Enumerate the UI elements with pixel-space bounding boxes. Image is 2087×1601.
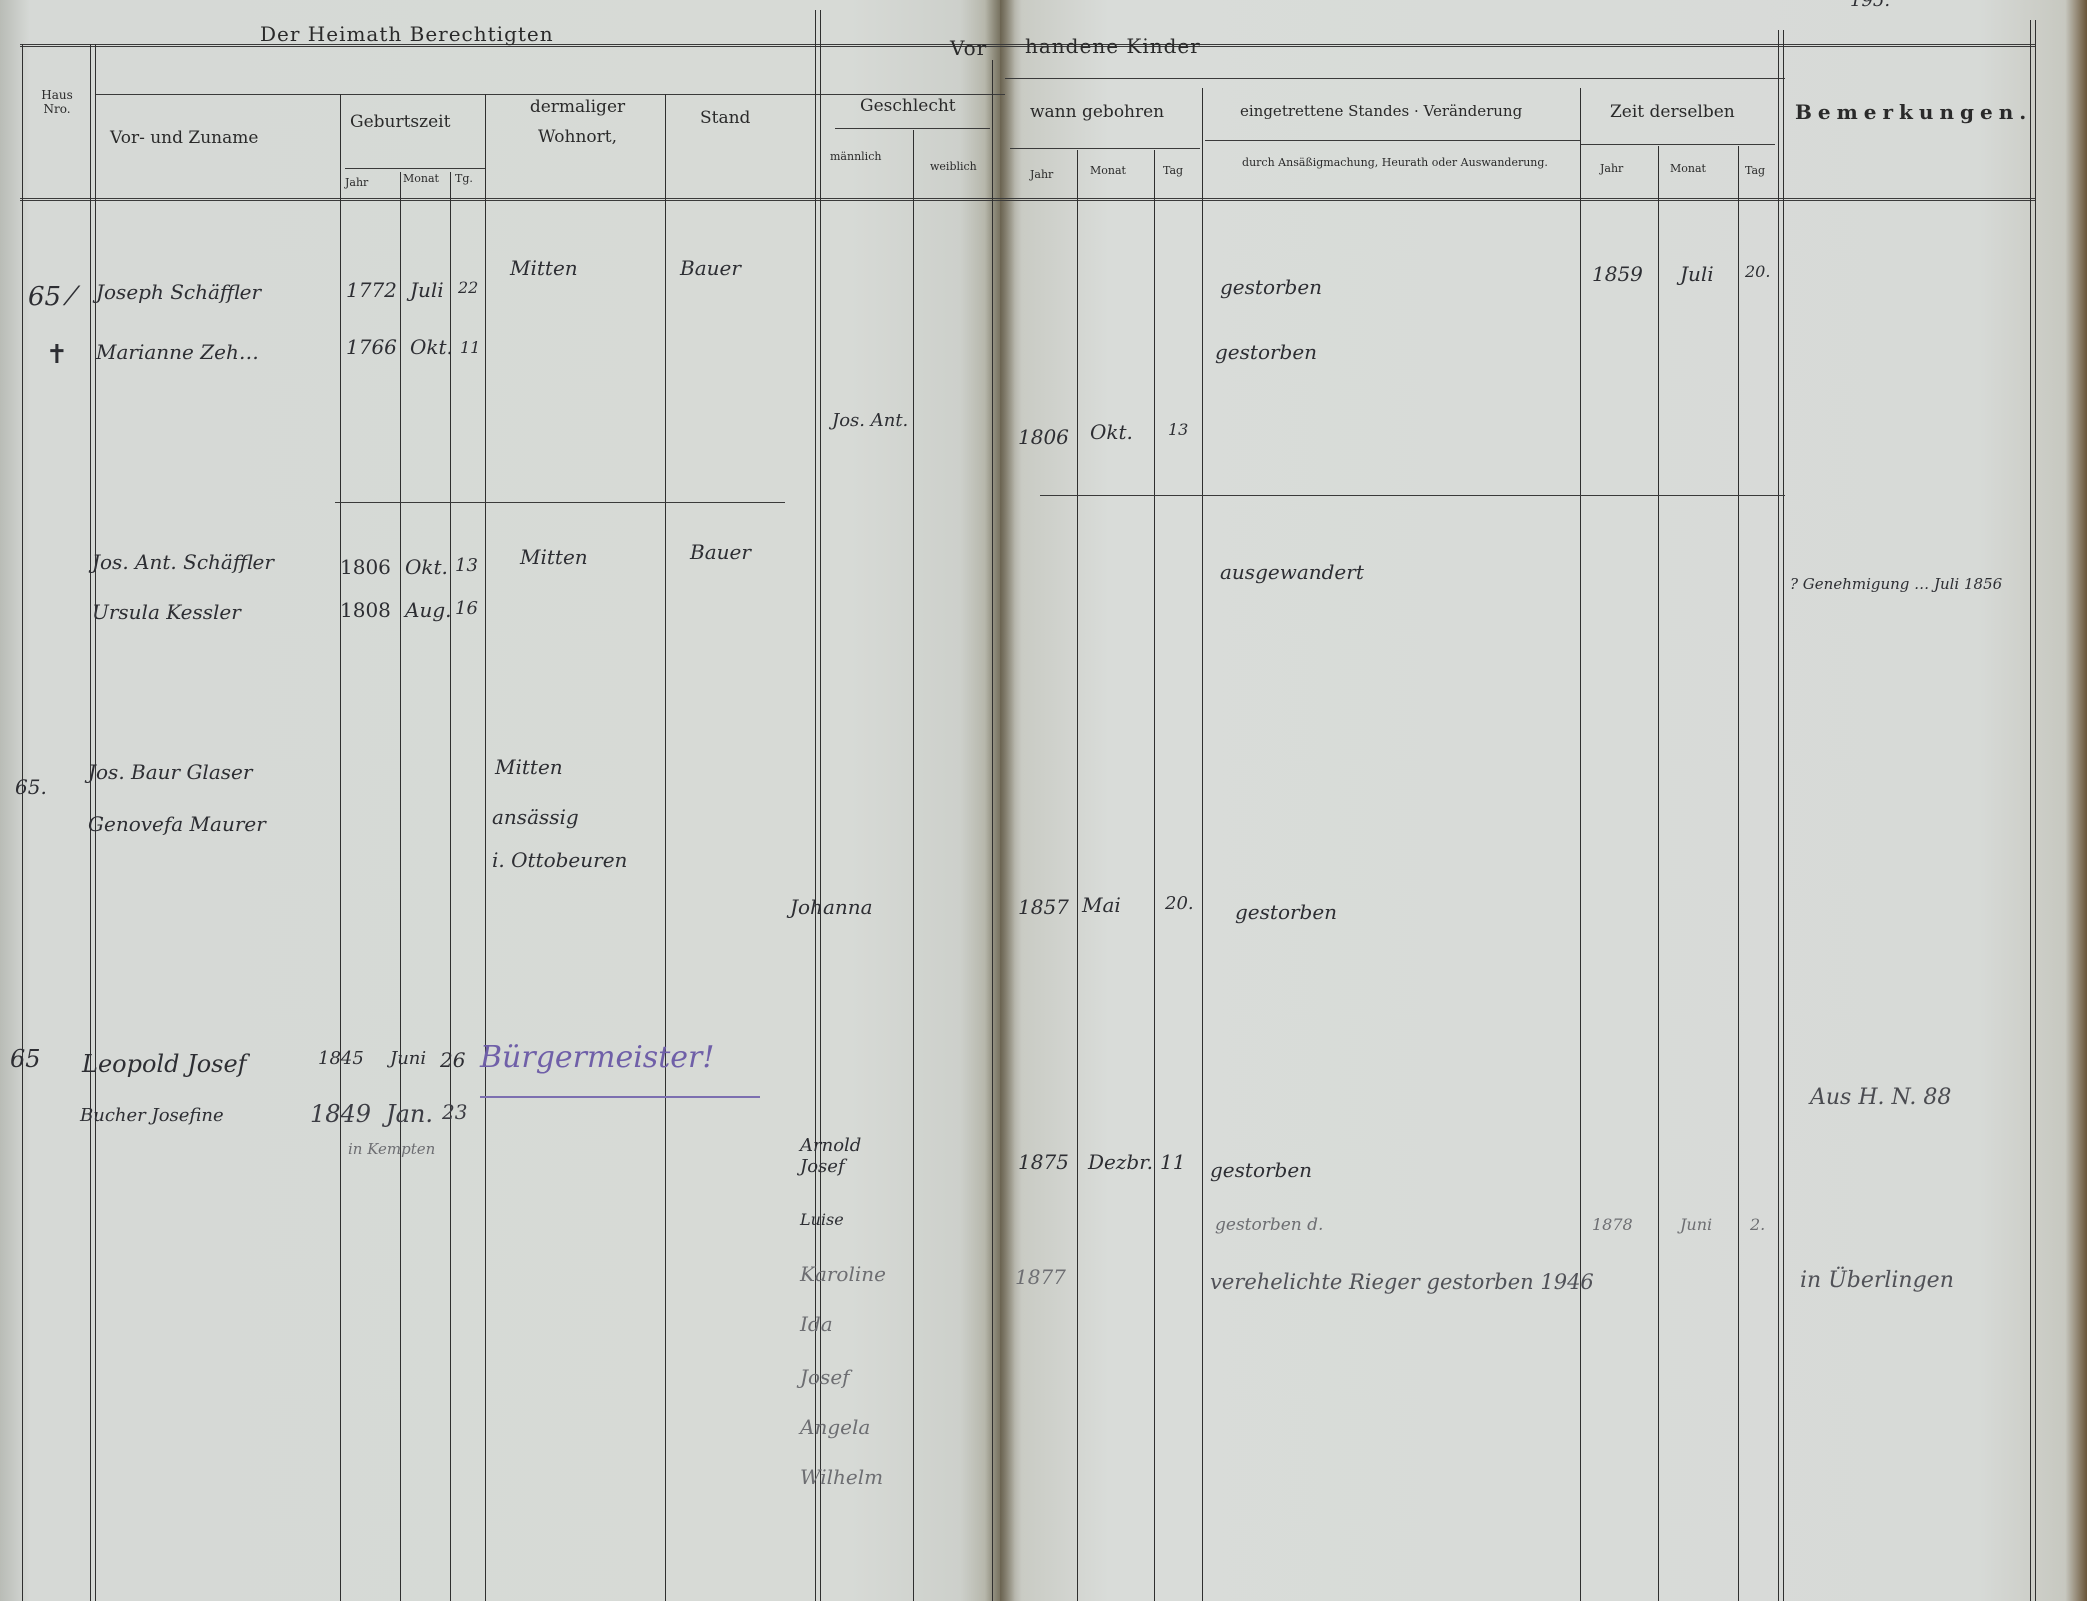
col-divider-name: [340, 94, 341, 1601]
header-handene-kinder: handene Kinder: [1025, 34, 1201, 58]
entry1-child1-maennlich: Jos. Ant.: [832, 410, 908, 431]
entry1-child1-jahr: 1806: [1018, 425, 1069, 449]
header-geburt-tag: Tg.: [455, 172, 473, 185]
header-stand: Stand: [700, 108, 750, 128]
entry1-person1-jahr: 1772: [346, 278, 397, 302]
entry4-haus-nro: 65: [10, 1045, 41, 1073]
header-zd-jahr: Jahr: [1600, 162, 1623, 175]
entry4-child7-maennlich: Wilhelm: [800, 1465, 883, 1489]
entry-separator-left: [335, 502, 785, 503]
entry2-bemerkung: ? Genehmigung … Juli 1856: [1790, 575, 2020, 593]
header-dermaliger-wohnort: dermaliger Wohnort,: [495, 92, 660, 152]
entry1-change-monat: Juli: [1680, 262, 1714, 286]
entry4-child1-monat: Dezbr.: [1088, 1150, 1153, 1174]
header-wg-jahr: Jahr: [1030, 168, 1053, 181]
entry4-child1-maennlich: Arnold Josef: [800, 1135, 895, 1177]
entry1-stand: Bauer: [680, 256, 741, 280]
entry2-person2-tag: 16: [455, 598, 478, 619]
entry2-person2-monat: Aug.: [405, 598, 451, 622]
entry4-child3-change: verehelichte Rieger gestorben 1946: [1210, 1270, 1594, 1294]
left-border: [22, 44, 23, 1601]
col-divider-monat: [450, 172, 451, 1601]
header-weiblich: weiblich: [930, 160, 977, 173]
entry3-person2-name: Genovefa Maurer: [88, 812, 266, 836]
header-standes-veraenderung: eingetrettene Standes · Veränderung: [1240, 102, 1522, 120]
entry1-change-1: gestorben: [1220, 275, 1322, 299]
header-wann-gebohren: wann gebohren: [1030, 102, 1164, 122]
entry4-child1-tag: 11: [1160, 1150, 1185, 1174]
entry3-child1-weiblich: Johanna: [790, 895, 873, 919]
entry4-child2-zeit-monat: Juni: [1680, 1215, 1712, 1234]
entry1-person2-tag: 11: [460, 338, 480, 357]
header-zd-monat: Monat: [1670, 162, 1706, 175]
col-divider-zd-monat: [1738, 146, 1739, 1601]
header-haus-nro: Haus Nro.: [26, 88, 88, 116]
entry2-person2-name: Ursula Kessler: [92, 600, 241, 624]
header-wg-monat: Monat: [1090, 164, 1126, 177]
header-geburt-monat: Monat: [403, 172, 439, 185]
entry4-child3-bemerkung: in Überlingen: [1800, 1268, 1954, 1293]
header-geschlecht: Geschlecht: [860, 96, 956, 116]
entry2-person1-tag: 13: [455, 555, 478, 576]
entry1-person1-name: Joseph Schäffler: [96, 280, 261, 304]
entry3-wohnort3: i. Ottobeuren: [492, 848, 627, 872]
col-divider-wg-monat: [1154, 150, 1155, 1601]
book-gutter: [985, 0, 1015, 1601]
entry1-person1-tag: 22: [458, 278, 478, 297]
entry2-person1-monat: Okt.: [405, 555, 448, 579]
entry1-person2-monat: Okt.: [410, 335, 453, 359]
col-divider-weiblich: [992, 60, 993, 1601]
entry2-change: ausgewandert: [1220, 560, 1364, 584]
header-bemerkungen: Bemerkungen.: [1795, 100, 2032, 124]
entry3-wohnort2: ansässig: [492, 805, 579, 829]
entry4-person2-monat: Jan.: [386, 1100, 433, 1128]
header-heimath-berechtigten: Der Heimath Berechtigten: [260, 22, 554, 46]
col-divider-bemerkungen: [2030, 20, 2036, 1601]
right-page: [1000, 0, 2087, 1601]
col-divider-tag: [485, 94, 486, 1601]
entry-separator-right: [1040, 495, 1785, 496]
entry4-child2-change: gestorben d.: [1215, 1215, 1323, 1235]
entry1-change-tag: 20.: [1745, 262, 1770, 281]
header-maennlich: männlich: [830, 150, 881, 163]
col-divider-jahr: [400, 172, 401, 1601]
entry3-child1-tag: 20.: [1165, 893, 1194, 914]
header-group-rule-right: [1005, 78, 1785, 79]
header-geburtszeit: Geburtszeit: [350, 112, 450, 132]
entry4-child2-zeit-jahr: 1878: [1592, 1215, 1633, 1234]
wann-gebohren-subrule: [1010, 148, 1200, 149]
entry2-person1-name: Jos. Ant. Schäffler: [92, 550, 274, 574]
entry4-child1-jahr: 1875: [1018, 1150, 1069, 1174]
col-divider-standes: [1580, 88, 1581, 1601]
entry1-child1-tag: 13: [1168, 420, 1188, 439]
col-divider-stand: [815, 10, 821, 1601]
entry4-buergermeister-stamp: Bürgermeister!: [480, 1040, 714, 1075]
entry1-wohnort: Mitten: [510, 256, 578, 280]
entry2-person2-jahr: 1808: [340, 598, 391, 622]
entry1-change-jahr: 1859: [1592, 262, 1643, 286]
zeit-subrule: [1580, 144, 1775, 145]
header-standes-sub: durch Ansäßigmachung, Heurath oder Auswa…: [1230, 156, 1560, 169]
entry4-child1-change: gestorben: [1210, 1158, 1312, 1182]
entry3-child1-change: gestorben: [1235, 900, 1337, 924]
entry4-person2-note: in Kempten: [348, 1140, 435, 1158]
entry1-child1-monat: Okt.: [1090, 420, 1133, 444]
entry3-child1-jahr: 1857: [1018, 895, 1069, 919]
header-vor: Vor: [950, 36, 987, 60]
entry3-wohnort: Mitten: [495, 755, 563, 779]
entry4-person1-name: Leopold Josef: [82, 1050, 247, 1078]
header-zeit-derselben: Zeit derselben: [1610, 102, 1735, 122]
entry1-person1-monat: Juli: [410, 278, 444, 302]
entry4-person1-tag: 26: [440, 1048, 465, 1072]
left-page: [0, 0, 1000, 1601]
entry3-person1-name: Jos. Baur Glaser: [88, 760, 252, 784]
entry2-wohnort: Mitten: [520, 545, 588, 569]
header-wg-tag: Tag: [1163, 164, 1183, 177]
geburtszeit-subrule: [345, 168, 485, 169]
entry4-child3-weiblich: Karoline: [800, 1262, 886, 1286]
entry4-child4-weiblich: Ida: [800, 1312, 833, 1336]
geschlecht-subrule: [835, 128, 990, 129]
header-zd-tag: Tag: [1745, 164, 1765, 177]
col-divider-wohnort: [665, 94, 666, 1601]
entry4-child2-zeit-tag: 2.: [1750, 1215, 1765, 1234]
header-vor-und-zuname: Vor- und Zuname: [110, 128, 258, 148]
entry4-child6-weiblich: Angela: [800, 1415, 870, 1439]
entry4-child2-weiblich: Luise: [800, 1210, 844, 1229]
page-number: 195.: [1850, 0, 1890, 11]
entry4-child5-maennlich: Josef: [800, 1365, 850, 1389]
entry2-stand: Bauer: [690, 540, 751, 564]
col-divider-wg-tag: [1202, 88, 1203, 1601]
entry4-child3-jahr: 1877: [1015, 1265, 1066, 1289]
standes-subrule: [1205, 140, 1580, 141]
col-divider-zd-jahr: [1658, 146, 1659, 1601]
entry4-person2-name: Bucher Josefine: [80, 1105, 224, 1126]
entry1-deceased-cross: ✝: [46, 340, 68, 370]
col-divider-maennlich: [913, 130, 914, 1601]
entry1-change-2: gestorben: [1215, 340, 1317, 364]
entry1-person2-jahr: 1766: [346, 335, 397, 359]
entry4-person2-tag: 23: [442, 1100, 467, 1124]
entry4-person2-jahr: 1849: [310, 1100, 371, 1128]
header-geburt-jahr: Jahr: [345, 176, 368, 189]
entry3-child1-monat: Mai: [1082, 893, 1121, 917]
col-divider-wg-jahr: [1077, 150, 1078, 1601]
entry1-person2-name: Marianne Zeh…: [96, 340, 259, 364]
col-divider-zd-tag: [1778, 30, 1784, 1601]
entry4-person1-jahr: 1845: [318, 1048, 364, 1069]
entry4-bemerkung: Aus H. N. 88: [1810, 1085, 1951, 1110]
entry4-person1-monat: Juni: [390, 1048, 426, 1069]
entry3-haus-nro: 65.: [15, 775, 47, 799]
entry4-stamp-underline: [480, 1096, 760, 1098]
entry2-person1-jahr: 1806: [340, 555, 391, 579]
header-bottom-rule: [20, 198, 2035, 201]
entry1-haus-nro: 65 ⁄: [28, 282, 74, 312]
